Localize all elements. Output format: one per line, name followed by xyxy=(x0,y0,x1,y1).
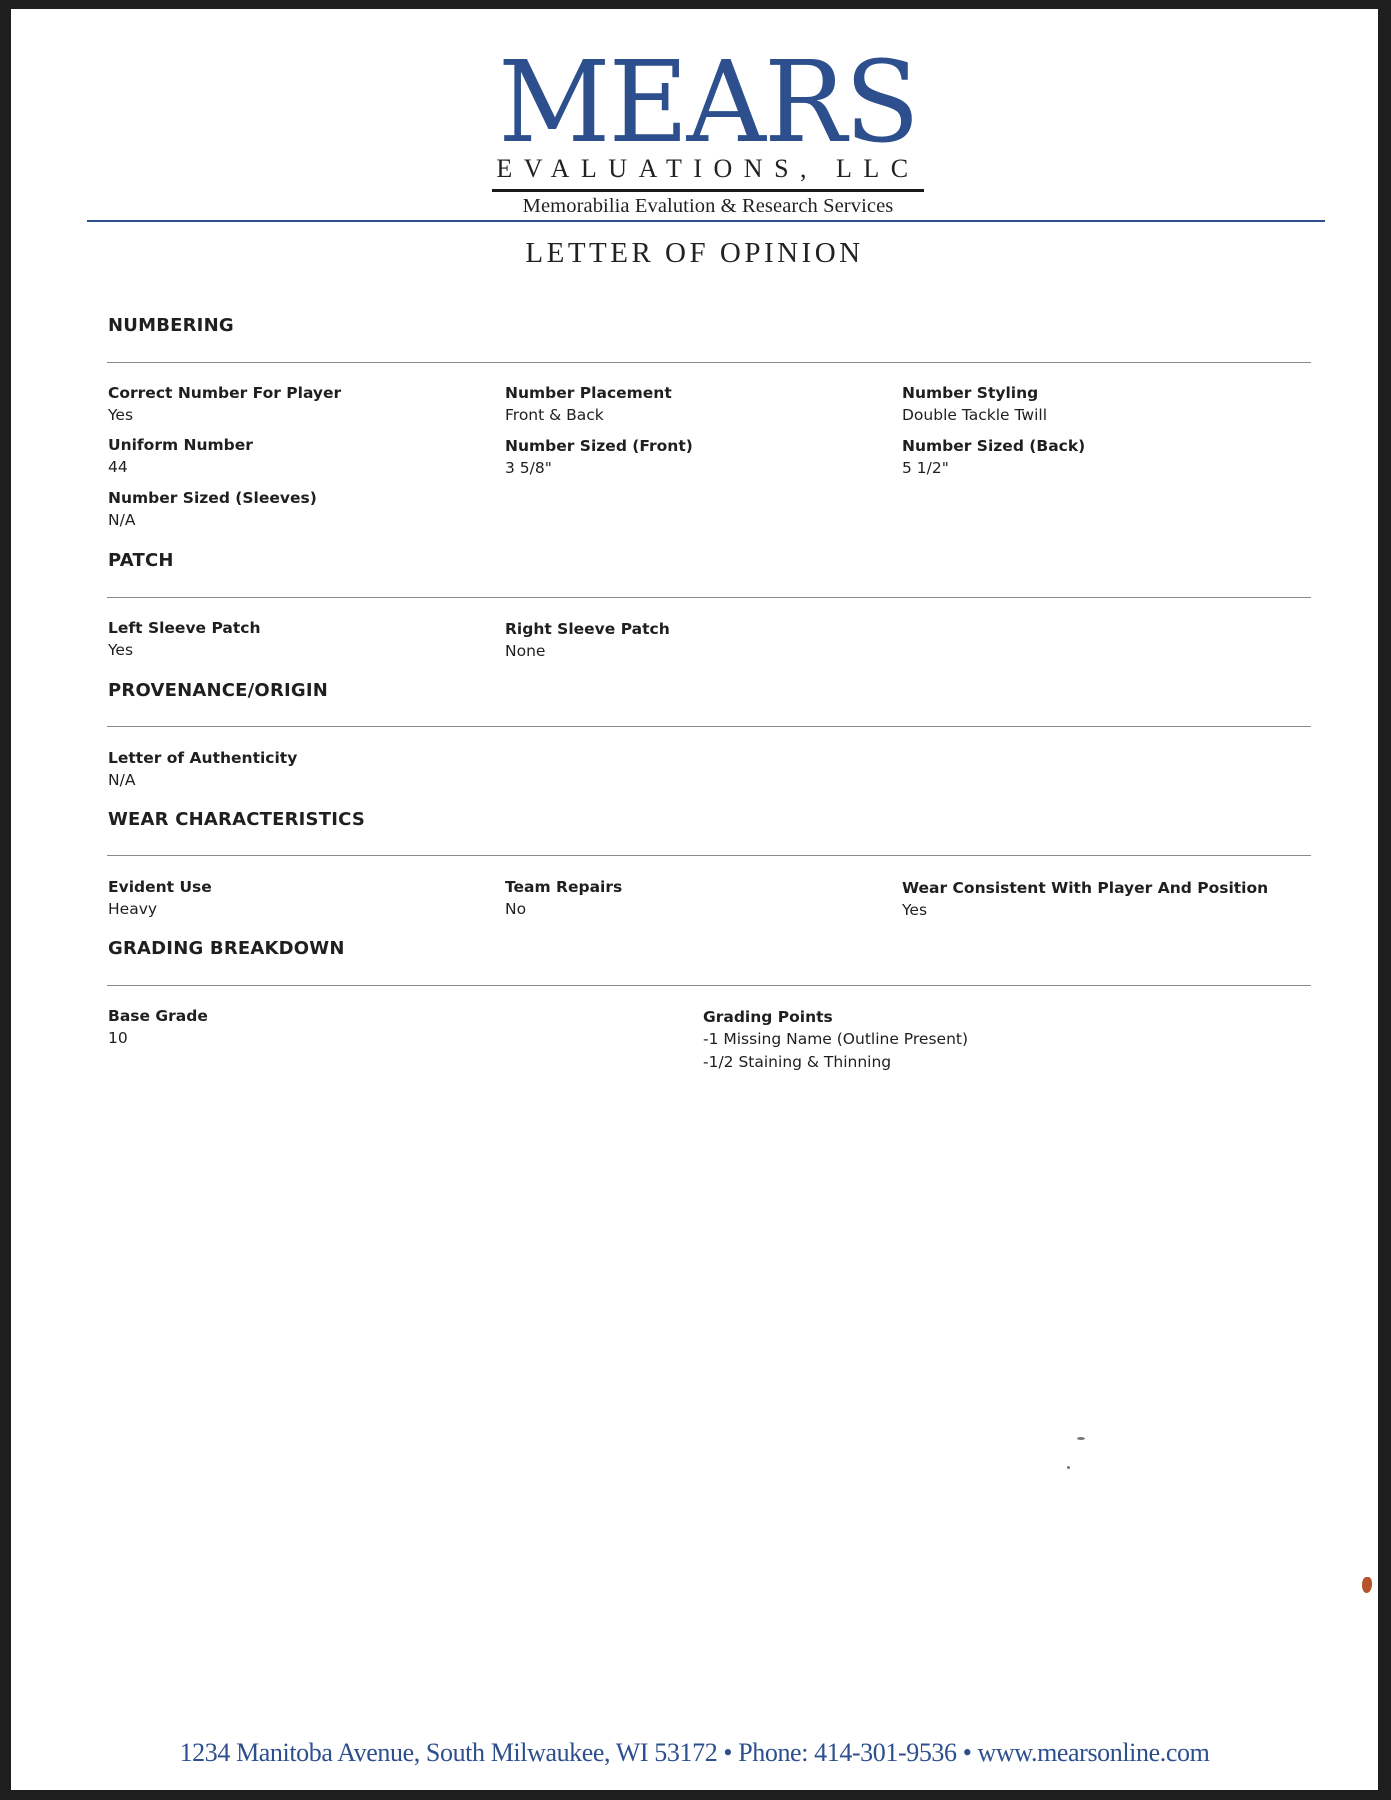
field-value: Heavy xyxy=(108,898,212,921)
field-label: Right Sleeve Patch xyxy=(505,618,670,640)
header-divider xyxy=(87,220,1325,222)
field-label: Number Sized (Back) xyxy=(902,435,1085,457)
field-value: 5 1/2" xyxy=(902,457,1085,480)
scan-speck xyxy=(1077,1437,1085,1440)
field-value: Yes xyxy=(108,639,261,662)
field-label: Number Placement xyxy=(505,382,672,404)
field-left-sleeve-patch: Left Sleeve Patch Yes xyxy=(108,617,261,662)
section-divider xyxy=(107,362,1311,363)
field-label: Uniform Number xyxy=(108,434,253,456)
field-grading-points: Grading Points -1 Missing Name (Outline … xyxy=(703,1006,968,1074)
field-uniform-number: Uniform Number 44 xyxy=(108,434,253,479)
section-heading-wear: WEAR CHARACTERISTICS xyxy=(108,809,365,830)
field-label: Wear Consistent With Player And Position xyxy=(902,877,1268,899)
section-heading-grading: GRADING BREAKDOWN xyxy=(108,938,345,959)
field-label: Team Repairs xyxy=(505,876,622,898)
field-label: Letter of Authenticity xyxy=(108,747,297,769)
field-label: Number Sized (Front) xyxy=(505,435,693,457)
field-value: 3 5/8" xyxy=(505,457,693,480)
field-label: Base Grade xyxy=(108,1005,208,1027)
logo-brand-name: MEARS xyxy=(496,53,919,155)
field-number-placement: Number Placement Front & Back xyxy=(505,382,672,427)
section-heading-patch: PATCH xyxy=(108,550,174,571)
field-value: 44 xyxy=(108,456,253,479)
section-divider xyxy=(107,726,1311,727)
field-number-sized-front: Number Sized (Front) 3 5/8" xyxy=(505,435,693,480)
field-value: N/A xyxy=(108,769,297,792)
field-label: Correct Number For Player xyxy=(108,382,341,404)
field-correct-number: Correct Number For Player Yes xyxy=(108,382,341,427)
section-divider xyxy=(107,855,1311,856)
field-value: N/A xyxy=(108,509,317,532)
document-title: LETTER OF OPINION xyxy=(11,237,1378,270)
field-letter-of-authenticity: Letter of Authenticity N/A xyxy=(108,747,297,792)
section-heading-provenance: PROVENANCE/ORIGIN xyxy=(108,680,328,701)
field-team-repairs: Team Repairs No xyxy=(505,876,622,921)
field-wear-consistent: Wear Consistent With Player And Position… xyxy=(902,877,1268,922)
field-value: Yes xyxy=(108,404,341,427)
field-value: No xyxy=(505,898,622,921)
field-number-sized-sleeves: Number Sized (Sleeves) N/A xyxy=(108,487,317,532)
field-value: Double Tackle Twill xyxy=(902,404,1047,427)
document-page: MEARS EVALUATIONS, LLC Memorabilia Evalu… xyxy=(11,9,1378,1790)
field-value: 10 xyxy=(108,1027,208,1050)
field-evident-use: Evident Use Heavy xyxy=(108,876,212,921)
scan-speck xyxy=(1067,1466,1070,1469)
field-base-grade: Base Grade 10 xyxy=(108,1005,208,1050)
field-number-sized-back: Number Sized (Back) 5 1/2" xyxy=(902,435,1085,480)
field-value: None xyxy=(505,640,670,663)
field-right-sleeve-patch: Right Sleeve Patch None xyxy=(505,618,670,663)
field-label: Number Styling xyxy=(902,382,1047,404)
field-value: Front & Back xyxy=(505,404,672,427)
field-label: Number Sized (Sleeves) xyxy=(108,487,317,509)
field-label: Left Sleeve Patch xyxy=(108,617,261,639)
field-value: Yes xyxy=(902,899,1268,922)
footer-contact-info: 1234 Manitoba Avenue, South Milwaukee, W… xyxy=(11,1738,1378,1768)
company-logo: MEARS EVALUATIONS, LLC Memorabilia Evalu… xyxy=(492,53,924,218)
grading-point-item: -1/2 Staining & Thinning xyxy=(703,1051,968,1074)
field-number-styling: Number Styling Double Tackle Twill xyxy=(902,382,1047,427)
section-divider xyxy=(107,597,1311,598)
section-divider xyxy=(107,985,1311,986)
section-heading-numbering: NUMBERING xyxy=(108,315,234,336)
field-label: Grading Points xyxy=(703,1006,968,1028)
field-label: Evident Use xyxy=(108,876,212,898)
logo-tagline: Memorabilia Evalution & Research Service… xyxy=(492,195,924,218)
logo-divider xyxy=(492,189,924,192)
grading-point-item: -1 Missing Name (Outline Present) xyxy=(703,1028,968,1051)
